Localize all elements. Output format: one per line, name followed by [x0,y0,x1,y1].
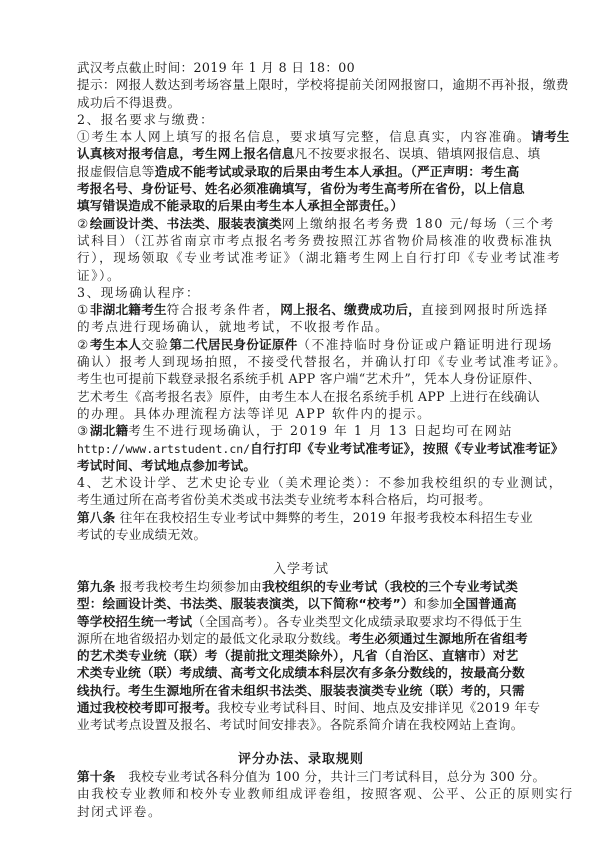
text: 行），现场领取《专业考试准考证》（湖北籍考生网上自行打印《专业考试准考 [77,250,561,265]
text: 考生不进行现场确认，于 2019 年 1 月 13 日起均可在网站 [128,423,513,438]
text: 评分办法、录取规则 [238,752,364,767]
bold-text: 考试时间、考试地点参加考试。 [77,458,256,473]
section-title-entrance-exam: 入学考试 [77,561,525,578]
paragraph-line: 填写错误造成不能录取的后果由考生本人承担全部责任。） [77,197,525,214]
text: 2、报名要求与缴费： [77,112,214,127]
article-label: 第九条 [77,579,115,594]
text: 4、艺术设计学、艺术史论专业（美术理论类）：不参加我校组织的专业测试， [77,475,563,490]
text: ① [77,302,90,317]
text: 的办理。具体办理流程方法等详见 APP 软件内的提示。 [77,406,431,421]
bold-text: 全国普通高 [453,596,517,611]
text: 封闭式评卷。 [77,804,162,819]
paragraph-line: 确认）报考人到现场拍照，不接受代替报名，并确认打印《专业考试准考证》。 [77,353,525,370]
article-8: 第八条 往年在我校招生专业考试中舞弊的考生，2019 年报考我校本科招生专业 [77,509,525,526]
text: ③ [77,423,90,438]
bold-text: 线执行。考生生源地所在省未组织书法类、服装表演类专业统（联）考的，只需 [77,683,525,698]
bold-text: 型：绘画设计类、书法类、服装表演类，以下简称“校考”） [77,596,414,611]
article-10: 第十条 我校专业考试各科分值为 100 分，共计三门考试科目，总分为 300 分… [77,768,525,785]
text: 直接到网报时所选择 [421,302,549,317]
paragraph-line: 通过我校校考即可报考。我校专业考试科目、时间、地点及安排详见《2019 年专 [77,699,525,716]
paragraph-line: 考报名号、身份证号、姓名必须准确填写，省份为考生高考所在省份，以上信息 [77,180,525,197]
bold-text: 的艺术类专业统（联）考（提前批文理类除外），凡省（自治区、直辖市）对艺 [77,648,518,663]
paragraph-line: 的艺术类专业统（联）考（提前批文理类除外），凡省（自治区、直辖市）对艺 [77,647,525,664]
section-heading-2: 2、报名要求与缴费： [77,111,525,128]
bold-text: 通过我校校考即可报考。 [77,700,218,715]
bold-text: 考生必须通过生源地所在省组考 [349,631,528,646]
paragraph-line: ①考生本人网上填写的报名信息，要求填写完整，信息真实，内容准确。请考生 [77,128,525,145]
bold-text: 绘画设计类、书法类、服装表演类 [90,216,282,231]
bold-text: 考报名号、身份证号、姓名必须准确填写，省份为考生高考所在省份，以上信息 [77,181,525,196]
text: ①考生本人网上填写的报名信息，要求填写完整，信息真实，内容准确。 [77,129,531,144]
paragraph-line: 的考点进行现场确认，就地考试，不收报考作品。 [77,318,525,335]
paragraph-line: 封闭式评卷。 [77,803,525,820]
paragraph-line: 由我校专业教师和校外专业教师组成评卷组，按照客观、公平、公正的原则实行 [77,785,525,802]
text: 交验 [141,337,169,352]
text: 提示：网报人数达到考场容量上限时，学校将提前关闭网报窗口，逾期不再补报，缴费 [77,77,569,92]
text: 报虚假信息等 [77,164,155,179]
paragraph-line: 行），现场领取《专业考试准考证》（湖北籍考生网上自行打印《专业考试准考 [77,249,525,266]
website-link[interactable]: http://www.artstudent.cn/ [77,442,250,456]
text: 由我校专业教师和校外专业教师组成评卷组，按照客观、公平、公正的原则实行 [77,786,574,801]
text: ② [77,337,90,352]
paragraph-line: 艺术考生《高考报名表》原件，由考生本人在报名系统手机 APP 上进行在线确认 [77,388,525,405]
paragraph-line: ②绘画设计类、书法类、服装表演类网上缴纳报名考务费 180 元/每场（三个考 [77,215,525,232]
notice-line: 成功后不得退费。 [77,94,525,111]
paragraph-line: 试科目）（江苏省南京市考点报名考务费按照江苏省物价局核准的收费标准执 [77,232,525,249]
article-label: 第十条 [77,769,115,784]
paragraph-line: 术类专业统（联）考成绩、高考文化成绩本科层次有多条分数线的，按最高分数 [77,664,525,681]
paragraph-line: 证》）。 [77,267,525,284]
bold-text: 考生本人 [90,337,141,352]
paragraph-line: ②考生本人交验第二代居民身份证原件（不准持临时身份证或户籍证明进行现场 [77,336,525,353]
text: （不准持临时身份证或户籍证明进行现场 [297,337,553,352]
bold-text: 非湖北籍考生 [90,302,167,317]
paragraph-line: 源所在地省级招办划定的最低文化录取分数线。考生必须通过生源地所在省组考 [77,630,525,647]
section-heading-3: 3、现场确认程序： [77,284,525,301]
text: 的考点进行现场确认，就地考试，不收报考作品。 [77,319,389,334]
text: 考试的专业成绩无效。 [77,527,206,542]
paragraph-line: 认真核对报考信息，考生网上报名信息凡不按要求报名、误填、错填网报信息、填 [77,145,525,162]
deadline-wuhan: 武汉考点截止时间：2019 年 1 月 8 日 18：00 [77,59,525,76]
text: 源所在地省级招办划定的最低文化录取分数线。 [77,631,349,646]
bold-text: 填写错误造成不能录取的后果由考生本人承担全部责任。） [77,198,403,213]
article-9: 第九条 报考我校考生均须参加由我校组织的专业考试（我校的三个专业考试类 [77,578,525,595]
paragraph-line: 等学校招生统一考试（全国高考）。各专业类型文化成绩录取要求均不得低于生 [77,613,525,630]
bold-text: 我校组织的专业考试（我校的三个专业考试类 [262,579,518,594]
text: 艺术考生《高考报名表》原件，由考生本人在报名系统手机 APP 上进行在线确认 [77,389,540,404]
bold-text: 第二代居民身份证原件 [169,337,297,352]
text: （全国高考）。各专业类型文化成绩录取要求均不得低于生 [192,614,522,629]
bold-text: 认真核对报考信息，考生网上报名信息 [77,146,295,161]
bold-text: 等学校招生统一考试 [77,614,192,629]
section-title-scoring-admission: 评分办法、录取规则 [77,751,525,768]
paragraph-line: 考生也可提前下载登录报名系统手机 APP 客户端“艺术升”，凭本人身份证原件、 [77,370,525,387]
bold-text: 造成不能考试或录取的后果由考生本人承担。（严正声明：考生高 [155,164,520,179]
bold-text: 自行打印《专业考试准考证》，按照《专业考试准考证》 [250,441,564,456]
text: 我校专业考试科目、时间、地点及安排详见《2019 年专 [218,700,541,715]
paragraph-line: 型：绘画设计类、书法类、服装表演类，以下简称“校考”）和参加全国普通高 [77,595,525,612]
text: 业考试考点设置及报名、考试时间安排表》。各院系简介请在我校网站上查询。 [77,717,524,732]
bold-text: 网上报名、缴费成功后， [280,302,421,317]
document-page: 武汉考点截止时间：2019 年 1 月 8 日 18：00 提示：网报人数达到考… [77,59,525,820]
paragraph-line: ①非湖北籍考生符合报考条件者，网上报名、缴费成功后，直接到网报时所选择 [77,301,525,318]
section-heading-4: 4、艺术设计学、艺术史论专业（美术理论类）：不参加我校组织的专业测试， [77,474,525,491]
text: 和参加 [414,596,453,611]
paragraph-line: 考生通过所在高考省份美术类或书法类专业统考本科合格后，均可报考。 [77,491,525,508]
bold-text: 术类专业统（联）考成绩、高考文化成绩本科层次有多条分数线的，按最高分数 [77,665,525,680]
text: 网上缴纳报名考务费 180 元/每场（三个考 [282,216,555,231]
text: 考生通过所在高考省份美术类或书法类专业统考本科合格后，均可报考。 [77,492,491,507]
text: 往年在我校招生专业考试中舞弊的考生，2019 年报考我校本科招生专业 [115,510,533,525]
spacer [77,734,525,751]
paragraph-line: 业考试考点设置及报名、考试时间安排表》。各院系简介请在我校网站上查询。 [77,716,525,733]
article-label: 第八条 [77,510,115,525]
text: 符合报考条件者， [167,302,281,317]
text: 武汉考点截止时间：2019 年 1 月 8 日 18：00 [77,60,355,75]
paragraph-line: ③湖北籍考生不进行现场确认，于 2019 年 1 月 13 日起均可在网站 [77,422,525,439]
text: 确认）报考人到现场拍照，不接受代替报名，并确认打印《专业考试准考证》。 [77,354,567,369]
text: 我校专业考试各科分值为 100 分，共计三门考试科目，总分为 300 分。 [115,769,545,784]
paragraph-line: http://www.artstudent.cn/自行打印《专业考试准考证》，按… [77,440,525,457]
text: 凡不按要求报名、误填、错填网报信息、填 [295,146,541,161]
bold-text: 请考生 [531,129,569,144]
bold-text: 湖北籍 [90,423,128,438]
paragraph-line: 报虚假信息等造成不能考试或录取的后果由考生本人承担。（严正声明：考生高 [77,163,525,180]
notice-line: 提示：网报人数达到考场容量上限时，学校将提前关闭网报窗口，逾期不再补报，缴费 [77,76,525,93]
text: 入学考试 [273,562,329,577]
text: ② [77,216,90,231]
text: 报考我校考生均须参加由 [115,579,262,594]
spacer [77,543,525,560]
text: 成功后不得退费。 [77,95,181,110]
text: 考生也可提前下载登录报名系统手机 APP 客户端“艺术升”，凭本人身份证原件、 [77,371,541,386]
text: 证》）。 [77,268,121,283]
text: 试科目）（江苏省南京市考点报名考务费按照江苏省物价局核准的收费标准执 [77,233,553,248]
paragraph-line: 线执行。考生生源地所在省未组织书法类、服装表演类专业统（联）考的，只需 [77,682,525,699]
paragraph-line: 考试时间、考试地点参加考试。 [77,457,525,474]
paragraph-line: 考试的专业成绩无效。 [77,526,525,543]
text: 3、现场确认程序： [77,285,200,300]
paragraph-line: 的办理。具体办理流程方法等详见 APP 软件内的提示。 [77,405,525,422]
